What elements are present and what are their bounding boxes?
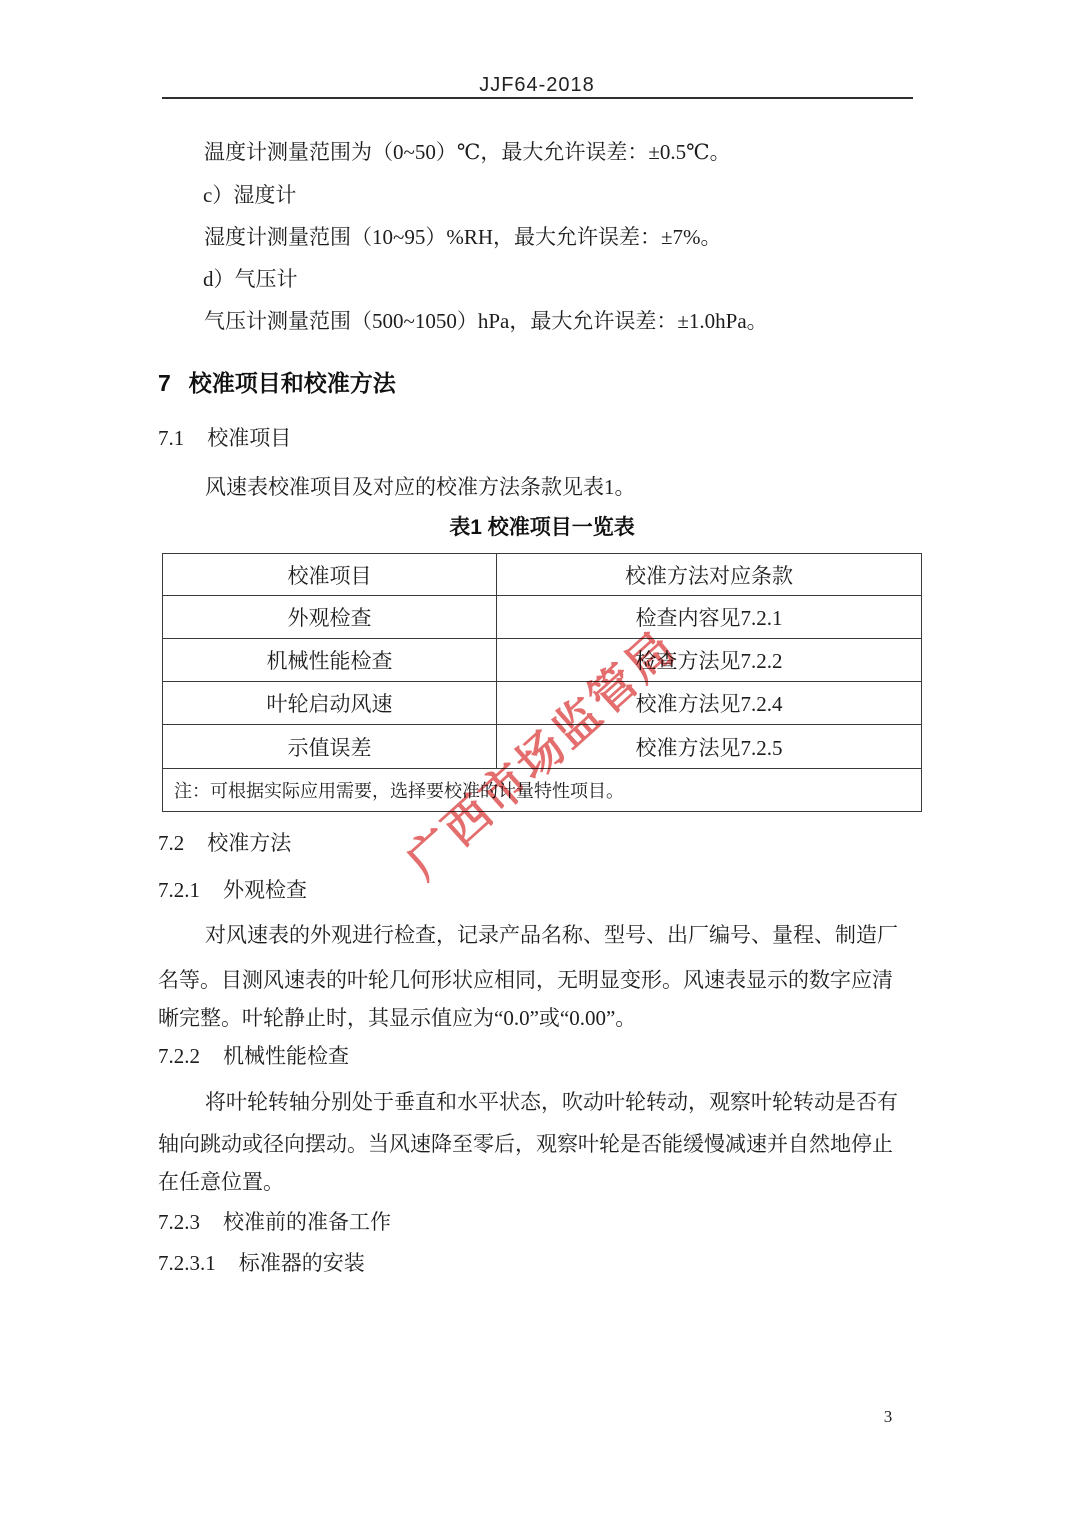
heading-7-2-3-1: 7.2.3.1标准器的安装	[158, 1248, 365, 1278]
page-number: 3	[858, 1405, 918, 1429]
paragraph-7-2-1-line2: 名等。目测风速表的叶轮几何形状应相同，无明显变形。风速表显示的数字应清	[158, 965, 893, 995]
heading-7-2-2-number: 7.2.2	[158, 1044, 200, 1068]
spec-line-barometer: 气压计测量范围（500~1050）hPa，最大允许误差：±1.0hPa。	[204, 306, 768, 336]
heading-7-1: 7.1校准项目	[158, 423, 291, 453]
header-rule	[162, 97, 913, 99]
table-note: 注：可根据实际应用需要，选择要校准的计量特性项目。	[163, 769, 922, 812]
heading-7-1-title: 校准项目	[207, 426, 291, 450]
table-row: 机械性能检查 检查方法见7.2.2	[163, 639, 922, 682]
table-cell: 检查方法见7.2.2	[497, 639, 922, 682]
heading-7-2-3: 7.2.3校准前的准备工作	[158, 1207, 391, 1237]
table-note-row: 注：可根据实际应用需要，选择要校准的计量特性项目。	[163, 769, 922, 812]
heading-7-number: 7	[158, 370, 171, 396]
heading-7-title: 校准项目和校准方法	[189, 370, 396, 396]
table-cell: 叶轮启动风速	[163, 682, 497, 725]
paragraph-7-2-1-line3: 晰完整。叶轮静止时，其显示值应为“0.0”或“0.00”。	[158, 1003, 636, 1033]
heading-7-2-2: 7.2.2机械性能检查	[158, 1041, 349, 1071]
table-header-item: 校准项目	[163, 554, 497, 596]
paragraph-7-2-1-line1: 对风速表的外观进行检查，记录产品名称、型号、出厂编号、量程、制造厂	[205, 920, 898, 950]
paragraph-7-2-2-line1: 将叶轮转轴分别处于垂直和水平状态，吹动叶轮转动，观察叶轮转动是否有	[205, 1087, 898, 1117]
document-page: JJF64-2018 温度计测量范围为（0~50）℃，最大允许误差：±0.5℃。…	[0, 0, 1074, 1520]
list-item-c: c）湿度计	[203, 180, 296, 210]
heading-7-2-2-title: 机械性能检查	[223, 1044, 349, 1068]
heading-7-2-number: 7.2	[158, 831, 184, 855]
table-cell: 校准方法见7.2.5	[497, 725, 922, 769]
heading-7-2-3-title: 校准前的准备工作	[223, 1210, 391, 1234]
table-header-method: 校准方法对应条款	[497, 554, 922, 596]
paragraph-7-1: 风速表校准项目及对应的校准方法条款见表1。	[205, 472, 636, 502]
table-cell: 示值误差	[163, 725, 497, 769]
heading-7-2-1: 7.2.1外观检查	[158, 875, 307, 905]
spec-line-thermometer: 温度计测量范围为（0~50）℃，最大允许误差：±0.5℃。	[204, 137, 731, 167]
table-row: 示值误差 校准方法见7.2.5	[163, 725, 922, 769]
heading-7-2-1-number: 7.2.1	[158, 878, 200, 902]
heading-7-2-title: 校准方法	[207, 831, 291, 855]
heading-7-2-1-title: 外观检查	[223, 878, 307, 902]
table-cell: 机械性能检查	[163, 639, 497, 682]
table-row: 外观检查 检查内容见7.2.1	[163, 596, 922, 639]
table-cell: 外观检查	[163, 596, 497, 639]
heading-7-2-3-1-number: 7.2.3.1	[158, 1251, 216, 1275]
heading-7-2: 7.2校准方法	[158, 828, 291, 858]
paragraph-7-2-2-line3: 在任意位置。	[158, 1167, 284, 1197]
table1-caption: 表1 校准项目一览表	[162, 514, 922, 542]
doc-code-header: JJF64-2018	[0, 72, 1074, 98]
calibration-items-table: 校准项目 校准方法对应条款 外观检查 检查内容见7.2.1 机械性能检查 检查方…	[162, 553, 922, 812]
table-cell: 检查内容见7.2.1	[497, 596, 922, 639]
paragraph-7-2-2-line2: 轴向跳动或径向摆动。当风速降至零后，观察叶轮是否能缓慢减速并自然地停止	[158, 1129, 893, 1159]
list-item-d: d）气压计	[203, 264, 298, 294]
heading-7-2-3-number: 7.2.3	[158, 1210, 200, 1234]
table-row: 叶轮启动风速 校准方法见7.2.4	[163, 682, 922, 725]
heading-7-1-number: 7.1	[158, 426, 184, 450]
table-cell: 校准方法见7.2.4	[497, 682, 922, 725]
spec-line-hygrometer: 湿度计测量范围（10~95）%RH，最大允许误差：±7%。	[204, 222, 722, 252]
heading-7-2-3-1-title: 标准器的安装	[239, 1251, 365, 1275]
heading-7: 7校准项目和校准方法	[158, 366, 396, 400]
table-header-row: 校准项目 校准方法对应条款	[163, 554, 922, 596]
